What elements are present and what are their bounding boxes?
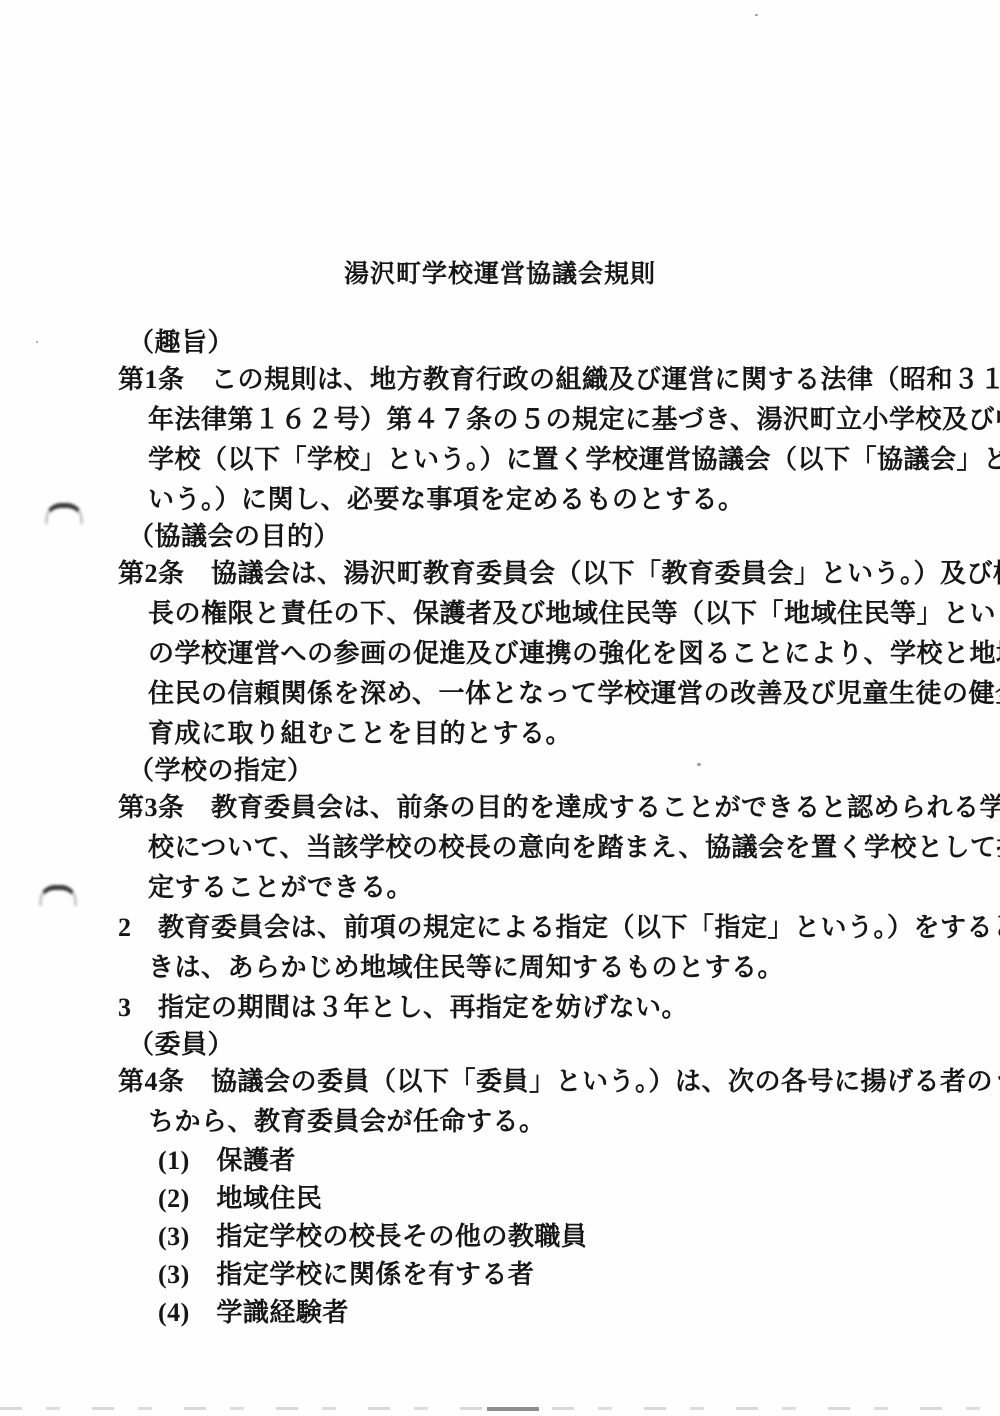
article-3-para-3: 3 指定の期間は３年とし、再指定を妨げない。 — [0, 988, 1000, 1028]
article-3-line-2: 校について、当該学校の校長の意向を踏まえ、協議会を置く学校として指 — [0, 828, 1000, 868]
article-2-line-5: 育成に取り組むことを目的とする。 — [0, 714, 1000, 754]
article-4-line-2: ちから、教育委員会が任命する。 — [0, 1102, 1000, 1142]
article-1-line-2: 年法律第１６２号）第４７条の５の規定に基づき、湯沢町立小学校及び中 — [0, 400, 1000, 440]
member-item-4: (3) 指定学校に関係を有する者 — [0, 1256, 1000, 1294]
article-3-para-2-line-1: 2 教育委員会は、前項の規定による指定（以下「指定」という。）をすると — [0, 908, 1000, 948]
article-1-line-1: 第1条 この規則は、地方教育行政の組織及び運営に関する法律（昭和３１ — [0, 360, 1000, 400]
article-2-line-2: 長の権限と責任の下、保護者及び地域住民等（以下「地域住民等」という。） — [0, 594, 1000, 634]
scan-bottom-edge-dark-segment — [487, 1407, 539, 1411]
article-3-line-3: 定することができる。 — [0, 868, 1000, 908]
article-3-line-1: 第3条 教育委員会は、前条の目的を達成することができると認められる学 — [0, 788, 1000, 828]
scan-speck — [755, 14, 758, 16]
article-1-line-4: いう。）に関し、必要な事項を定めるものとする。 — [0, 480, 1000, 520]
member-item-1: (1) 保護者 — [0, 1142, 1000, 1180]
article-3-para-2-line-2: きは、あらかじめ地域住民等に周知するものとする。 — [0, 948, 1000, 988]
heading-purpose: （趣旨） — [0, 326, 1000, 360]
heading-school-designation: （学校の指定） — [0, 754, 1000, 788]
heading-council-purpose: （協議会の目的） — [0, 520, 1000, 554]
document-title: 湯沢町学校運営協議会規則 — [0, 258, 1000, 302]
heading-members: （委員） — [0, 1028, 1000, 1062]
scanned-document-page: 湯沢町学校運営協議会規則 （趣旨） 第1条 この規則は、地方教育行政の組織及び運… — [0, 0, 1000, 1416]
article-4-line-1: 第4条 協議会の委員（以下「委員」という。）は、次の各号に揚げる者のう — [0, 1062, 1000, 1102]
article-1-line-3: 学校（以下「学校」という。）に置く学校運営協議会（以下「協議会」と — [0, 440, 1000, 480]
document-body: 湯沢町学校運営協議会規則 （趣旨） 第1条 この規則は、地方教育行政の組織及び運… — [0, 258, 1000, 1332]
member-item-2: (2) 地域住民 — [0, 1180, 1000, 1218]
article-2-line-3: の学校運営への参画の促進及び連携の強化を図ることにより、学校と地域 — [0, 634, 1000, 674]
article-2-line-1: 第2条 協議会は、湯沢町教育委員会（以下「教育委員会」という。）及び校 — [0, 554, 1000, 594]
member-item-3: (3) 指定学校の校長その他の教職員 — [0, 1218, 1000, 1256]
member-item-5: (4) 学識経験者 — [0, 1294, 1000, 1332]
article-2-line-4: 住民の信頼関係を深め、一体となって学校運営の改善及び児童生徒の健全 — [0, 674, 1000, 714]
